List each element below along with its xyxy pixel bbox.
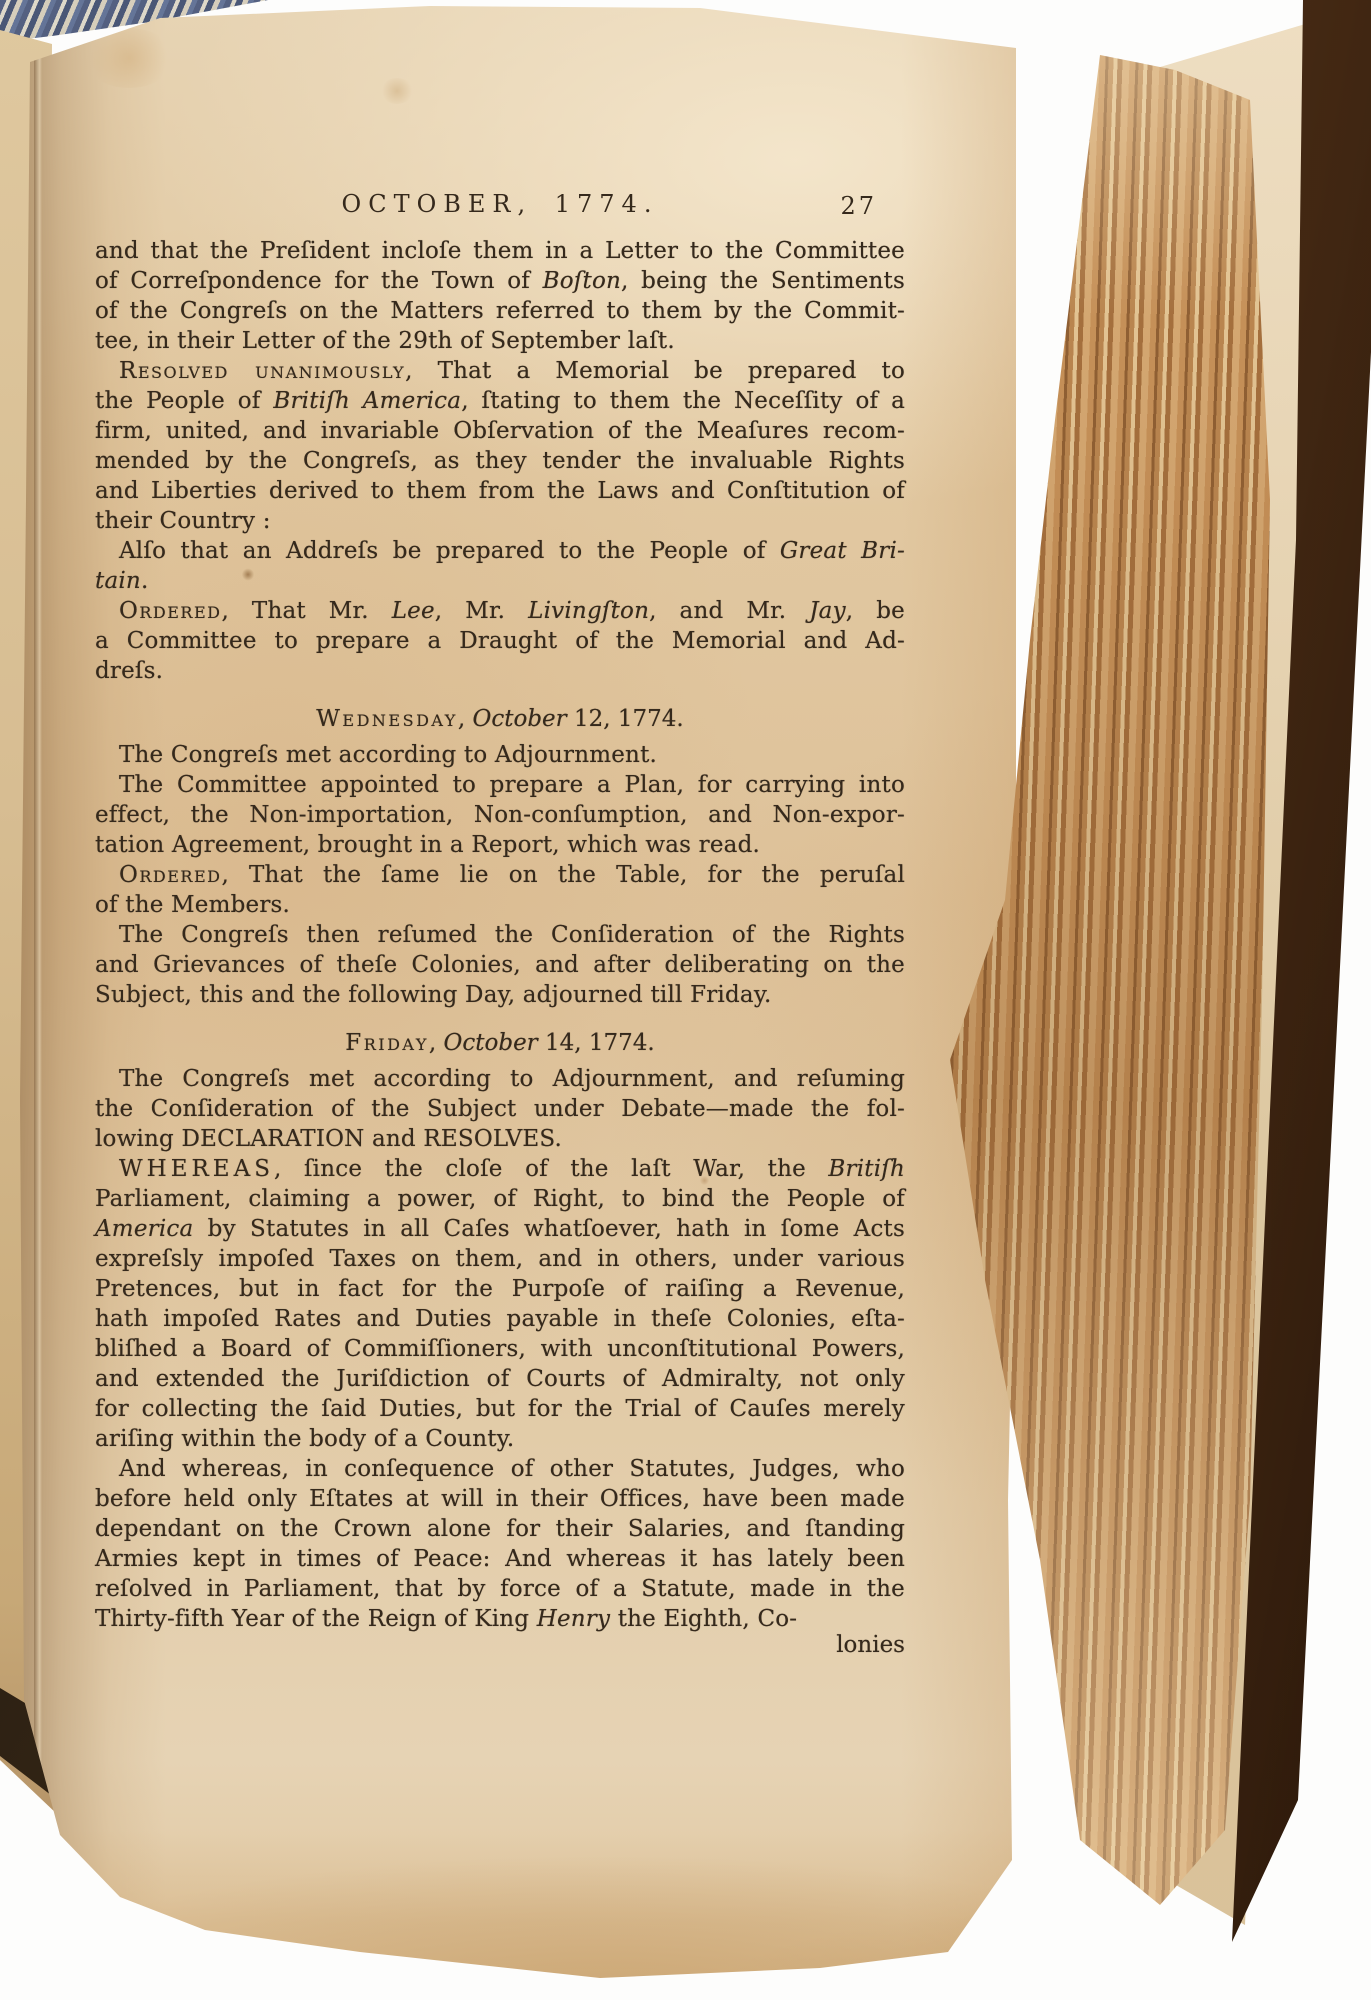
body-line: and Grievances of theſe Colonies, and af… — [95, 950, 905, 980]
italic-text: Britiſh America — [273, 388, 461, 414]
body-line: and that the Preſident incloſe them in a… — [95, 236, 905, 266]
spaced-caps-text: WHEREAS — [119, 1156, 274, 1182]
catchword: lonies — [95, 1630, 909, 1660]
body-line: Alſo that an Addreſs be prepared to the … — [95, 536, 905, 566]
body-line: before held only Eſtates at will in thei… — [95, 1484, 905, 1514]
body-line: of Correſpondence for the Town of Boſton… — [95, 266, 905, 296]
body-line: America by Statutes in all Caſes whatſoe… — [95, 1214, 905, 1244]
small-caps-text: Ordered — [119, 862, 221, 888]
gutter-crease — [34, 40, 42, 1880]
body-line: Resolved unanimously, That a Memorial be… — [95, 356, 905, 386]
body-line: Ordered, That Mr. Lee, Mr. Livingſton, a… — [95, 596, 905, 626]
body-line: ariſing within the body of a County. — [95, 1424, 905, 1454]
body-line: reſolved in Parliament, that by force of… — [95, 1574, 905, 1604]
section-heading: Wednesday, October 12, 1774. — [95, 704, 905, 734]
body-line: lowing DECLARATION and RESOLVES. — [95, 1124, 905, 1154]
italic-text: Jay — [809, 598, 846, 624]
body-line: WHEREAS, ſince the cloſe of the laſt War… — [95, 1154, 905, 1184]
text-block: and that the Preſident incloſe them in a… — [95, 236, 905, 1634]
body-line: The Committee appointed to prepare a Pla… — [95, 770, 905, 800]
page-number: 27 — [840, 192, 877, 220]
italic-text: Britiſh — [828, 1156, 905, 1182]
italic-text: Henry — [537, 1606, 610, 1632]
book-photo: OCTOBER, 1774. 27 and that the Preſident… — [0, 0, 1371, 2000]
body-line: bliſhed a Board of Commiſſioners, with u… — [95, 1334, 905, 1364]
body-line: the Conſideration of the Subject under D… — [95, 1094, 905, 1124]
body-line: dependant on the Crown alone for their S… — [95, 1514, 905, 1544]
body-line: Ordered, That the ſame lie on the Table,… — [95, 860, 905, 890]
body-line: for collecting the ſaid Duties, but for … — [95, 1394, 905, 1424]
italic-text: October — [444, 1030, 538, 1056]
body-line: The Congreſs then reſumed the Conſiderat… — [95, 920, 905, 950]
italic-text: Livingſton — [528, 598, 649, 624]
section-heading: Friday, October 14, 1774. — [95, 1028, 905, 1058]
italic-text: October — [473, 706, 567, 732]
small-caps-text: Resolved unanimously — [119, 358, 405, 384]
body-line: tee, in their Letter of the 29th of Sept… — [95, 326, 905, 356]
body-line: hath impoſed Rates and Duties payable in… — [95, 1304, 905, 1334]
body-line: And whereas, in conſequence of other Sta… — [95, 1454, 905, 1484]
italic-text: Lee — [392, 598, 435, 624]
body-line: firm, united, and invariable Obſervation… — [95, 416, 905, 446]
body-line: the People of Britiſh America, ſtating t… — [95, 386, 905, 416]
italic-text: tain — [95, 568, 141, 594]
italic-text: Boſton — [543, 268, 621, 294]
foxing-spot — [380, 78, 414, 104]
italic-text: America — [95, 1216, 193, 1242]
body-line: and Liberties derived to them from the L… — [95, 476, 905, 506]
small-caps-text: Wednesday — [316, 706, 458, 732]
body-line: of the Congreſs on the Matters referred … — [95, 296, 905, 326]
body-line: mended by the Congreſs, as they tender t… — [95, 446, 905, 476]
body-line: dreſs. — [95, 656, 905, 686]
body-line: their Country : — [95, 506, 905, 536]
body-line: Parliament, claiming a power, of Right, … — [95, 1184, 905, 1214]
foxing-spot — [84, 28, 174, 88]
running-head-row: OCTOBER, 1774. 27 — [95, 190, 905, 222]
body-line: tain. — [95, 566, 905, 596]
body-line: Armies kept in times of Peace: And where… — [95, 1544, 905, 1574]
body-line: of the Members. — [95, 890, 905, 920]
small-caps-text: Ordered — [119, 598, 221, 624]
body-line: Subject, this and the following Day, adj… — [95, 980, 905, 1010]
body-line: tation Agreement, brought in a Report, w… — [95, 830, 905, 860]
small-caps-text: Friday — [345, 1030, 429, 1056]
body-line: Pretences, but in fact for the Purpoſe o… — [95, 1274, 905, 1304]
body-line: The Congreſs met according to Adjournmen… — [95, 740, 905, 770]
body-line: expreſsly impoſed Taxes on them, and in … — [95, 1244, 905, 1274]
running-head: OCTOBER, 1774. — [95, 190, 905, 218]
italic-text: Great Bri- — [780, 538, 905, 564]
body-line: effect, the Non-importation, Non-conſump… — [95, 800, 905, 830]
body-line: and extended the Juriſdiction of Courts … — [95, 1364, 905, 1394]
body-line: a Committee to prepare a Draught of the … — [95, 626, 905, 656]
body-line: The Congreſs met according to Adjournmen… — [95, 1064, 905, 1094]
